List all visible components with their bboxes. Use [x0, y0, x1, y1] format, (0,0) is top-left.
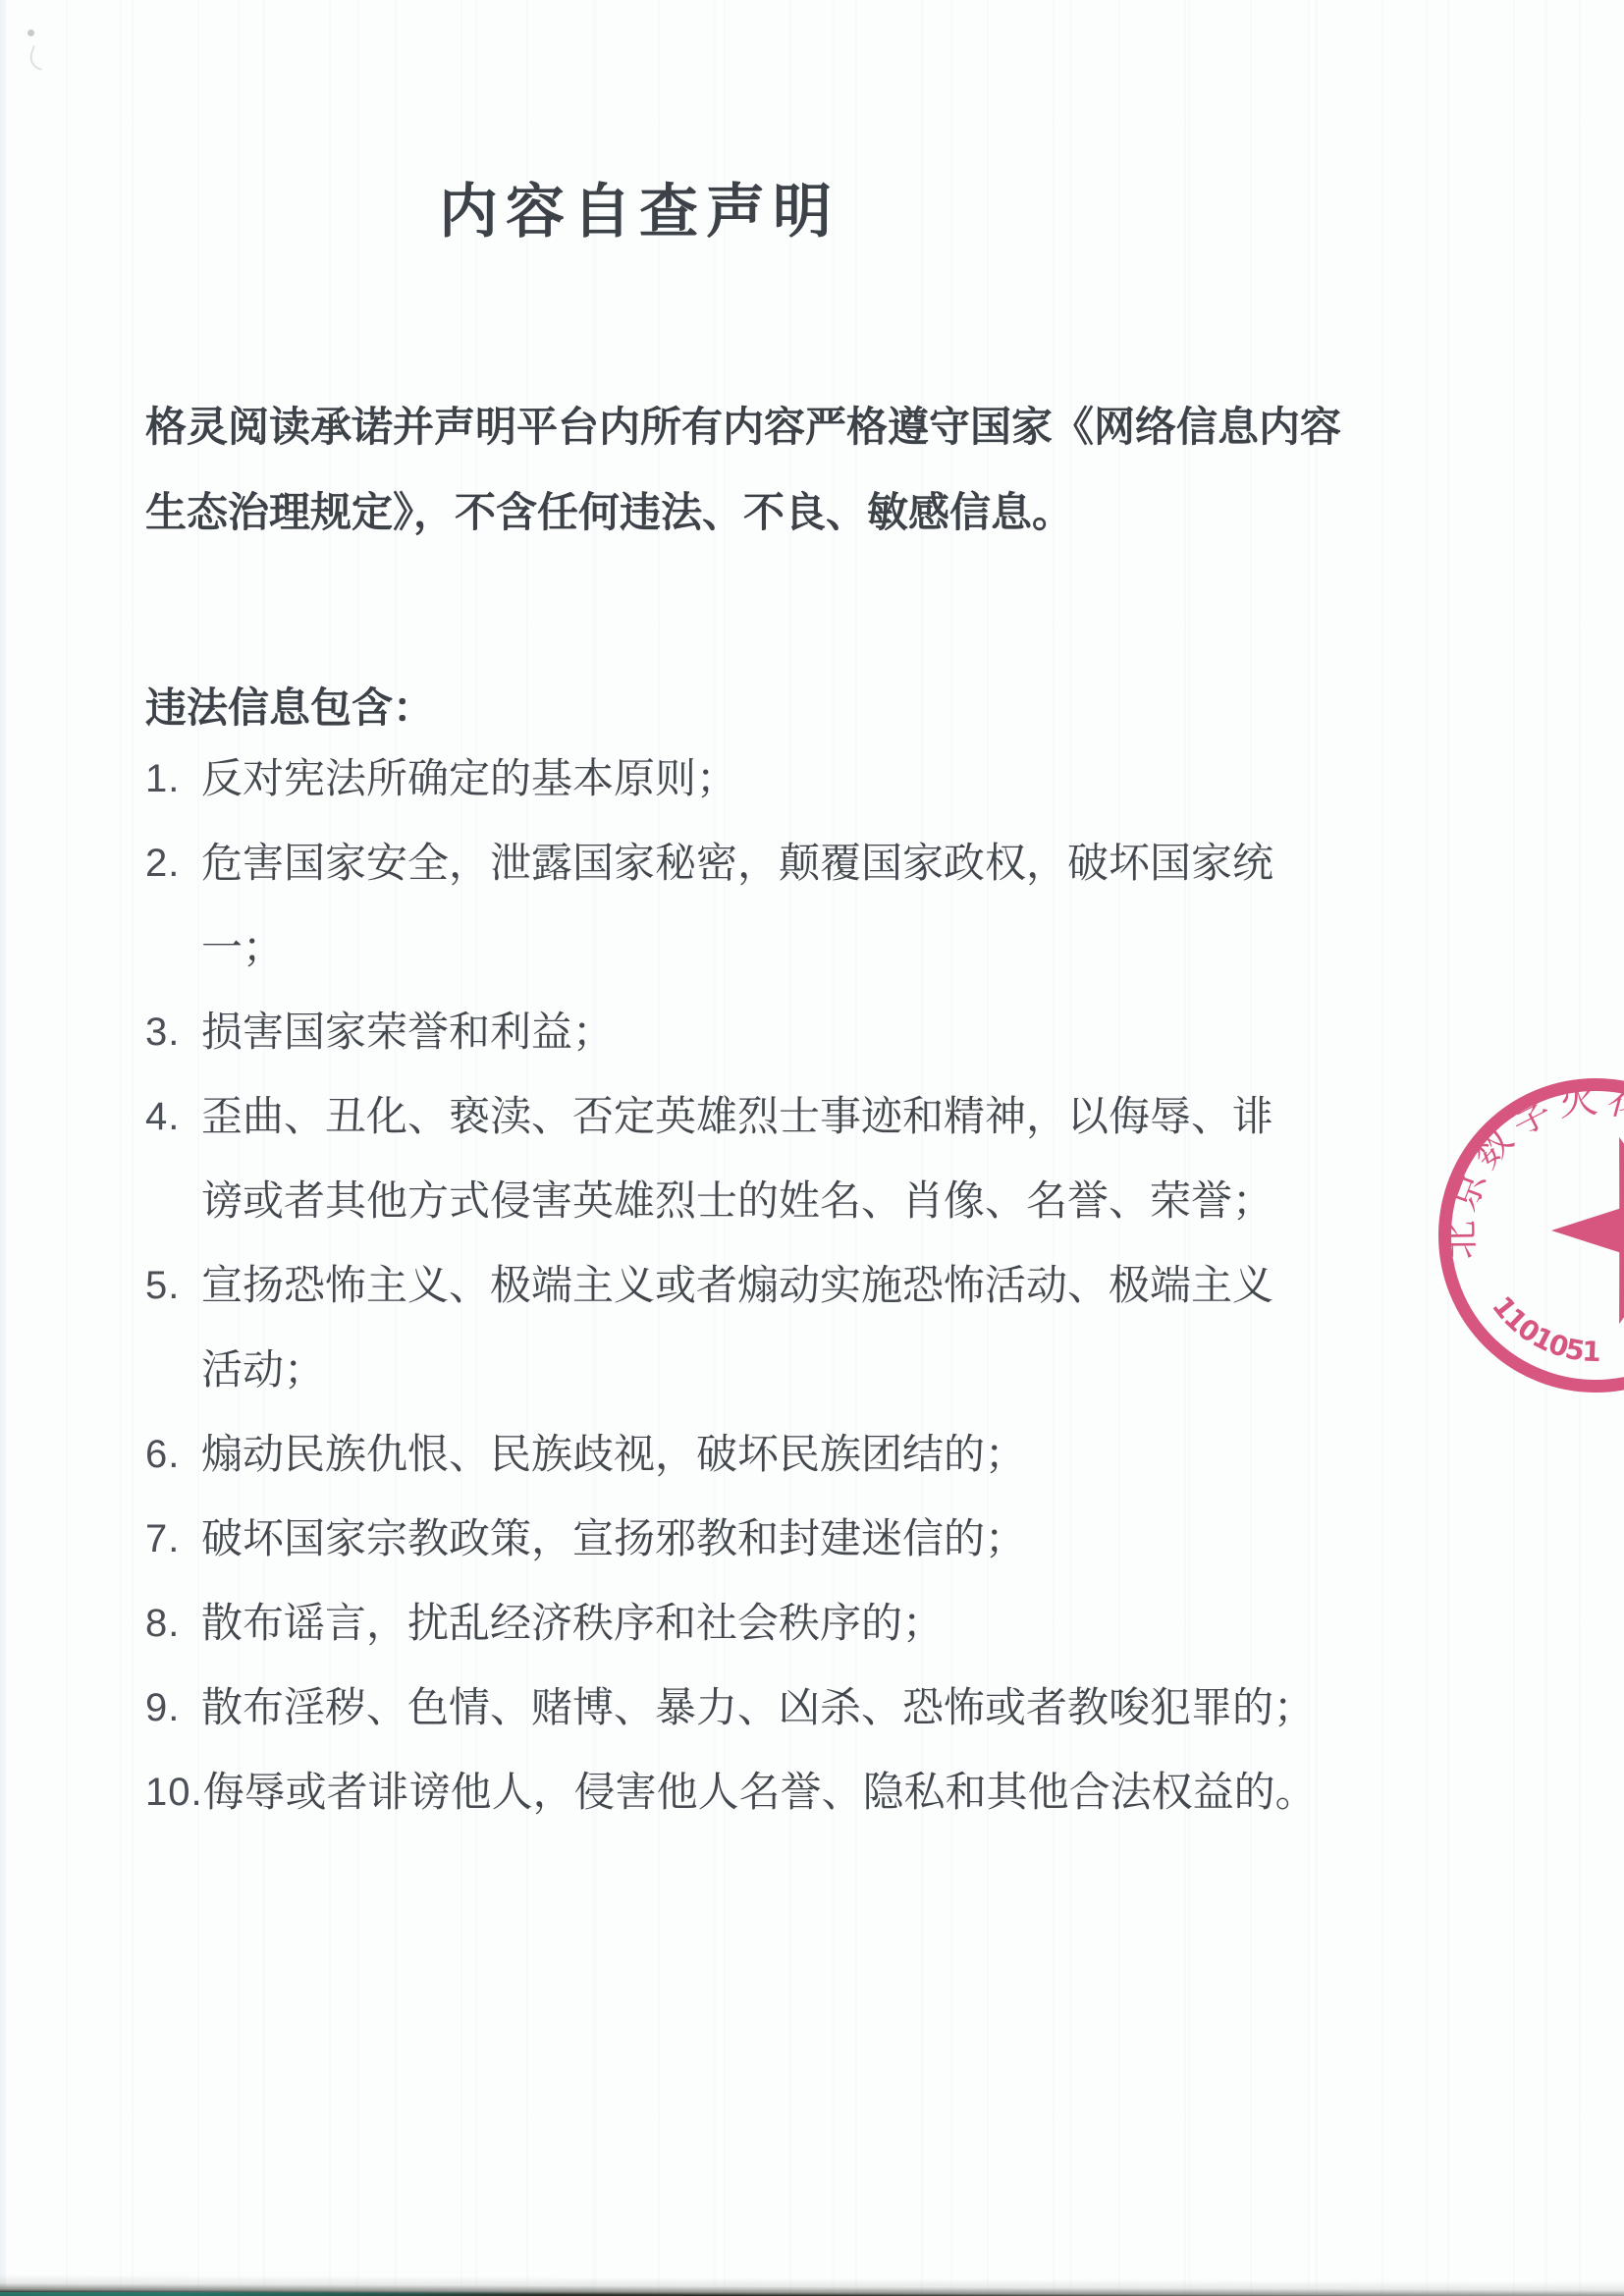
list-item-number: 4.	[145, 1074, 201, 1159]
list-item-number: 9.	[145, 1666, 201, 1750]
list-item-text: 散布淫秽、色情、赌博、暴力、凶杀、恐怖或者教唆犯罪的；	[201, 1666, 1471, 1750]
list-item-text: 危害国家安全，泄露国家秘密，颠覆国家政权，破坏国家统一；	[201, 821, 1471, 990]
list-item-number: 10.	[145, 1750, 203, 1834]
list-item-text: 损害国家荣誉和利益；	[201, 990, 1471, 1074]
scanned-document-page: { "page": { "title": "内容自查声明" }, "statem…	[0, 0, 1624, 2296]
statement-line-2: 生态治理规定》，不含任何违法、不良、敏感信息。	[145, 489, 1073, 535]
list-item: 9. 散布淫秽、色情、赌博、暴力、凶杀、恐怖或者教唆犯罪的；	[145, 1666, 1471, 1750]
list-item-text: 破坏国家宗教政策，宣扬邪教和封建迷信的；	[201, 1497, 1471, 1581]
list-item: 4. 歪曲、丑化、亵渎、否定英雄烈士事迹和精神，以侮辱、诽谤或者其他方式侵害英雄…	[145, 1074, 1471, 1243]
page-title: 内容自查声明	[439, 178, 839, 246]
red-seal-stamp: 北京数字火花 110105158	[1375, 1021, 1624, 1453]
list-item-number: 7.	[145, 1497, 201, 1581]
list-item-text: 反对宪法所确定的基本原则；	[201, 737, 1471, 821]
list-item: 5. 宣扬恐怖主义、极端主义或者煽动实施恐怖活动、极端主义活动；	[145, 1243, 1471, 1412]
list-item-text: 煽动民族仇恨、民族歧视，破坏民族团结的；	[201, 1412, 1471, 1497]
list-item-number: 2.	[145, 821, 201, 905]
scan-squiggle	[27, 45, 48, 71]
list-item: 2. 危害国家安全，泄露国家秘密，颠覆国家政权，破坏国家统一；	[145, 821, 1471, 990]
list-item-number: 1.	[145, 737, 201, 821]
violations-list: 1. 反对宪法所确定的基本原则； 2. 危害国家安全，泄露国家秘密，颠覆国家政权…	[145, 737, 1471, 1834]
list-item: 8. 散布谣言，扰乱经济秩序和社会秩序的；	[145, 1581, 1471, 1666]
stamp-star	[1551, 1137, 1624, 1324]
list-item-text: 歪曲、丑化、亵渎、否定英雄烈士事迹和精神，以侮辱、诽谤或者其他方式侵害英雄烈士的…	[201, 1074, 1471, 1243]
scan-speck	[27, 29, 34, 36]
list-item-number: 5.	[145, 1243, 201, 1328]
statement-line-1: 格灵阅读承诺并声明平台内所有内容严格遵守国家《网络信息内容	[145, 404, 1341, 450]
list-item: 10. 侮辱或者诽谤他人，侵害他人名誉、隐私和其他合法权益的。	[145, 1750, 1471, 1834]
list-item: 7. 破坏国家宗教政策，宣扬邪教和封建迷信的；	[145, 1497, 1471, 1581]
list-item-number: 6.	[145, 1412, 201, 1497]
list-item-text: 散布谣言，扰乱经济秩序和社会秩序的；	[201, 1581, 1471, 1666]
scan-bottom-teal-tint	[0, 2292, 550, 2296]
list-item: 3. 损害国家荣誉和利益；	[145, 990, 1471, 1074]
list-item-number: 8.	[145, 1581, 201, 1666]
list-item: 1. 反对宪法所确定的基本原则；	[145, 737, 1471, 821]
statement-paragraph: 格灵阅读承诺并声明平台内所有内容严格遵守国家《网络信息内容 生态治理规定》，不含…	[145, 384, 1422, 555]
list-item-text: 宣扬恐怖主义、极端主义或者煽动实施恐怖活动、极端主义活动；	[201, 1243, 1471, 1412]
list-item-text: 侮辱或者诽谤他人，侵害他人名誉、隐私和其他合法权益的。	[203, 1750, 1471, 1834]
list-item: 6. 煽动民族仇恨、民族歧视，破坏民族团结的；	[145, 1412, 1471, 1497]
list-item-number: 3.	[145, 990, 201, 1074]
